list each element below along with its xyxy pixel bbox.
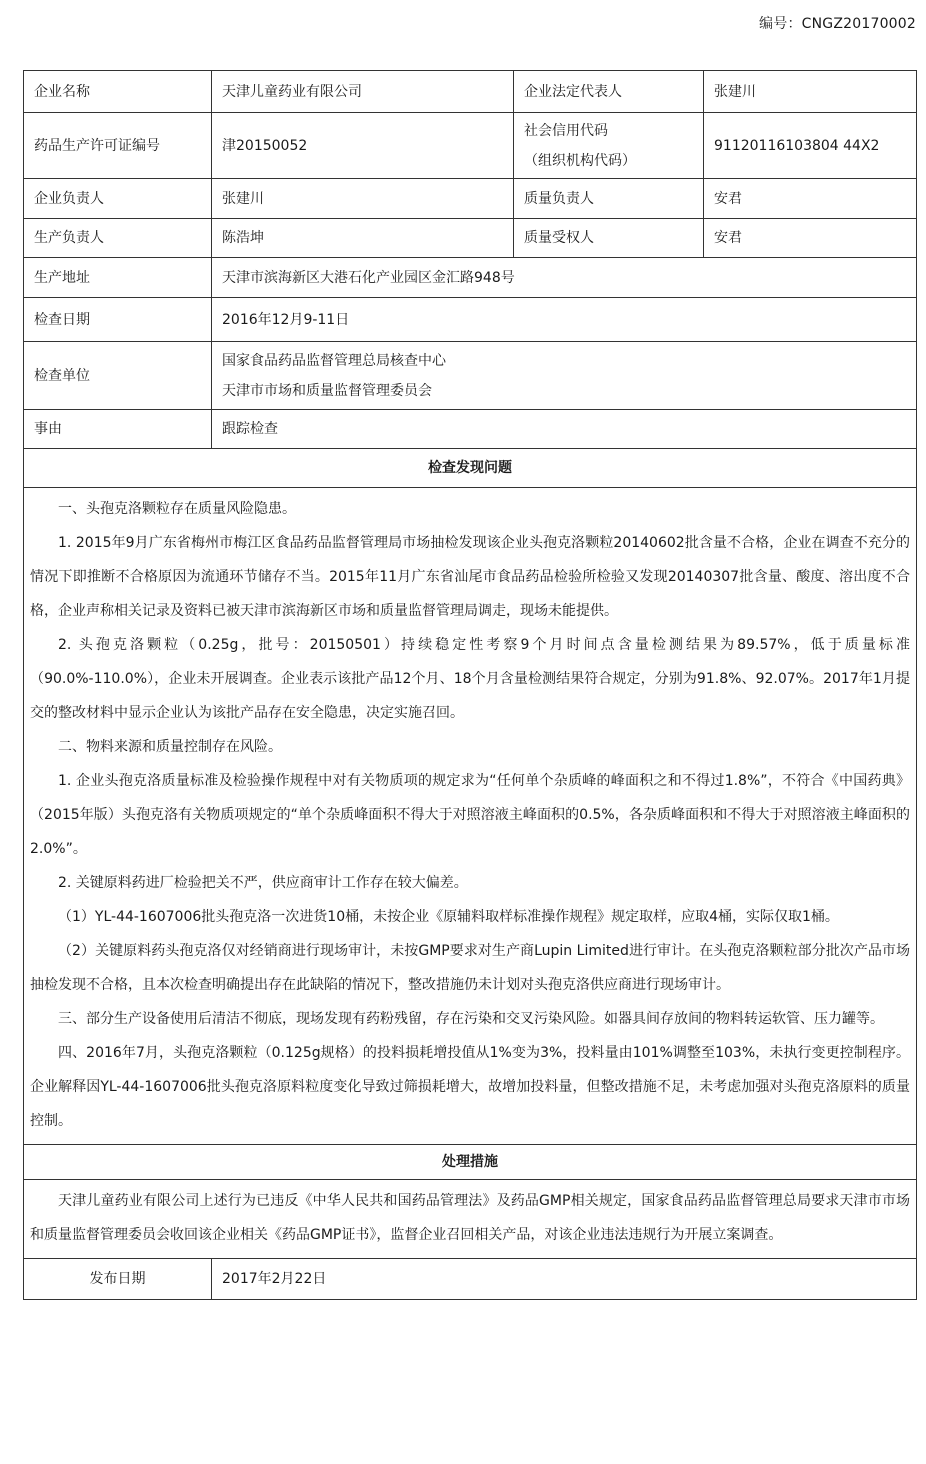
company-name-label: 企业名称 — [24, 71, 212, 113]
finding-paragraph: 一、头孢克洛颗粒存在质量风险隐患。 — [30, 492, 910, 526]
quality-head-value: 安君 — [704, 179, 917, 219]
reason-value: 跟踪检查 — [212, 410, 917, 449]
row-findings-body: 一、头孢克洛颗粒存在质量风险隐患。 1. 2015年9月广东省梅州市梅江区食品药… — [24, 488, 917, 1145]
finding-paragraph: 2. 关键原料药进厂检验把关不严，供应商审计工作存在较大偏差。 — [30, 866, 910, 900]
row-publish-date: 发布日期 2017年2月22日 — [24, 1259, 917, 1300]
inspection-unit-value: 国家食品药品监督管理总局核查中心 天津市市场和质量监督管理委员会 — [212, 342, 917, 410]
row-reason: 事由 跟踪检查 — [24, 410, 917, 449]
row-findings-header: 检查发现问题 — [24, 449, 917, 488]
reason-label: 事由 — [24, 410, 212, 449]
finding-paragraph: 2. 头孢克洛颗粒（0.25g，批号：20150501）持续稳定性考察9个月时间… — [30, 628, 910, 730]
finding-paragraph: 四、2016年7月，头孢克洛颗粒（0.125g规格）的投料损耗增投值从1%变为3… — [30, 1036, 910, 1138]
address-value: 天津市滨海新区大港石化产业园区金汇路948号 — [212, 258, 917, 298]
row-measures-header: 处理措施 — [24, 1145, 917, 1180]
row-inspection-unit: 检查单位 国家食品药品监督管理总局核查中心 天津市市场和质量监督管理委员会 — [24, 342, 917, 410]
findings-title: 检查发现问题 — [24, 449, 917, 488]
license-label: 药品生产许可证编号 — [24, 113, 212, 179]
company-name-value: 天津儿童药业有限公司 — [212, 71, 514, 113]
row-inspection-date: 检查日期 2016年12月9-11日 — [24, 298, 917, 342]
finding-paragraph: 1. 企业头孢克洛质量标准及检验操作规程中对有关物质项的规定求为“任何单个杂质峰… — [30, 764, 910, 866]
credit-code-label: 社会信用代码 （组织机构代码） — [514, 113, 704, 179]
finding-paragraph: 二、物料来源和质量控制存在风险。 — [30, 730, 910, 764]
company-head-value: 张建川 — [212, 179, 514, 219]
legal-rep-value: 张建川 — [704, 71, 917, 113]
measures-paragraph: 天津儿童药业有限公司上述行为已违反《中华人民共和国药品管理法》及药品GMP相关规… — [30, 1184, 910, 1252]
qualified-person-value: 安君 — [704, 219, 917, 258]
finding-paragraph: （1）YL-44-1607006批头孢克洛一次进货10桶，未按企业《原辅料取样标… — [30, 900, 910, 934]
findings-body: 一、头孢克洛颗粒存在质量风险隐患。 1. 2015年9月广东省梅州市梅江区食品药… — [24, 488, 917, 1145]
inspection-unit-line2: 天津市市场和质量监督管理委员会 — [222, 376, 906, 406]
publish-date-label: 发布日期 — [24, 1259, 212, 1300]
measures-title: 处理措施 — [24, 1145, 917, 1180]
production-head-label: 生产负责人 — [24, 219, 212, 258]
qualified-person-label: 质量受权人 — [514, 219, 704, 258]
inspection-unit-label: 检查单位 — [24, 342, 212, 410]
inspection-unit-line1: 国家食品药品监督管理总局核查中心 — [222, 346, 906, 376]
production-head-value: 陈浩坤 — [212, 219, 514, 258]
document-number: 编号：CNGZ20170002 — [759, 13, 916, 33]
inspection-date-value: 2016年12月9-11日 — [212, 298, 917, 342]
row-production-head: 生产负责人 陈浩坤 质量受权人 安君 — [24, 219, 917, 258]
inspection-report-table: 企业名称 天津儿童药业有限公司 企业法定代表人 张建川 药品生产许可证编号 津2… — [23, 70, 917, 1300]
address-label: 生产地址 — [24, 258, 212, 298]
credit-code-label-line1: 社会信用代码 — [524, 116, 693, 146]
row-address: 生产地址 天津市滨海新区大港石化产业园区金汇路948号 — [24, 258, 917, 298]
publish-date-value: 2017年2月22日 — [212, 1259, 917, 1300]
row-company-head: 企业负责人 张建川 质量负责人 安君 — [24, 179, 917, 219]
row-company-name: 企业名称 天津儿童药业有限公司 企业法定代表人 张建川 — [24, 71, 917, 113]
credit-code-label-line2: （组织机构代码） — [524, 146, 693, 176]
credit-code-value: 91120116103804 44X2 — [704, 113, 917, 179]
legal-rep-label: 企业法定代表人 — [514, 71, 704, 113]
finding-paragraph: 1. 2015年9月广东省梅州市梅江区食品药品监督管理局市场抽检发现该企业头孢克… — [30, 526, 910, 628]
license-value: 津20150052 — [212, 113, 514, 179]
measures-body: 天津儿童药业有限公司上述行为已违反《中华人民共和国药品管理法》及药品GMP相关规… — [24, 1180, 917, 1259]
inspection-date-label: 检查日期 — [24, 298, 212, 342]
row-license: 药品生产许可证编号 津20150052 社会信用代码 （组织机构代码） 9112… — [24, 113, 917, 179]
quality-head-label: 质量负责人 — [514, 179, 704, 219]
company-head-label: 企业负责人 — [24, 179, 212, 219]
finding-paragraph: （2）关键原料药头孢克洛仅对经销商进行现场审计，未按GMP要求对生产商Lupin… — [30, 934, 910, 1002]
finding-paragraph: 三、部分生产设备使用后清洁不彻底，现场发现有药粉残留，存在污染和交叉污染风险。如… — [30, 1002, 910, 1036]
row-measures-body: 天津儿童药业有限公司上述行为已违反《中华人民共和国药品管理法》及药品GMP相关规… — [24, 1180, 917, 1259]
